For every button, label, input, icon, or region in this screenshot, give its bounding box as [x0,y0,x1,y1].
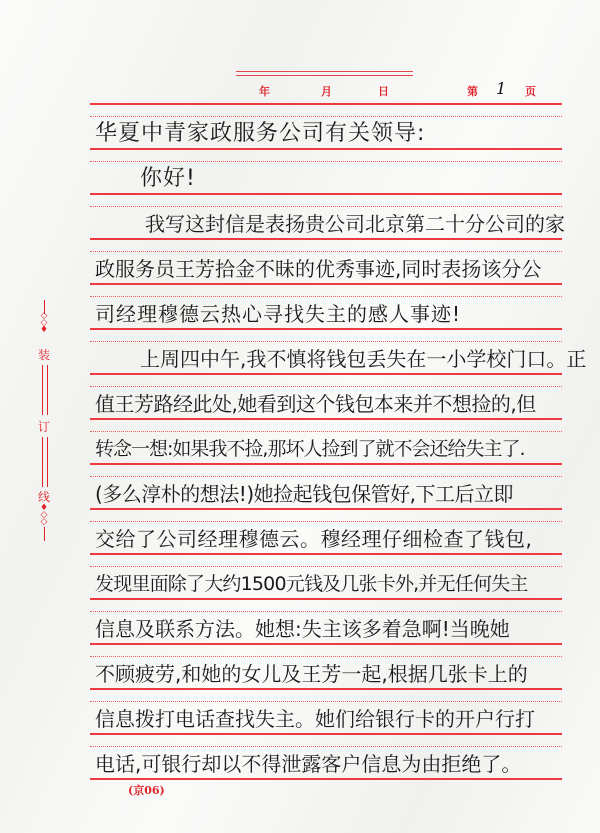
page-prefix-label: 第 [467,83,478,99]
letter-line: 司经理穆德云热心寻找失主的感人事迹! [95,298,565,334]
letter-paper: 年 月 日 第 1 页 华夏中青家政服务公司有关领导: 你好! 我写这封信是表扬… [0,0,600,833]
letter-greeting: 你好! [140,163,600,199]
dotted-rule [90,746,562,747]
dotted-rule [90,521,562,522]
dotted-rule [90,566,562,567]
ornamental-knot-icon: ♦◇◇ [38,505,50,526]
header-double-rule-bottom [236,75,413,76]
letter-line: 政服务员王芳拾金不昧的优秀事迹,同时表扬该分公 [95,253,565,289]
letter-line: 值王芳路经此处,她看到这个钱包本来并不想捡的,但 [95,388,565,424]
page-number: 1 [496,79,506,98]
binding-label-zhuang: 装 [36,346,52,363]
letter-line: 发现里面除了大约1500元钱及几张卡外,并无任何失主 [95,568,565,604]
letter-line: 信息及联系方法。她想:失主该多着急啊!当晚她 [95,613,565,649]
dotted-rule [90,611,562,612]
letter-line: 我写这封信是表扬贵公司北京第二十分公司的家 [145,208,600,244]
form-code: (京06) [128,782,165,798]
dotted-rule [90,161,562,162]
letter-line: 电话,可银行却以不得泄露客户信息为由拒绝了。 [95,748,565,784]
dotted-rule [90,341,562,342]
dotted-rule [90,386,562,387]
letter-line: 交给了公司经理穆德云。穆经理仔细检查了钱包, [95,523,565,559]
binding-double-line [42,365,48,415]
dotted-rule [90,701,562,702]
dotted-rule [90,296,562,297]
day-label: 日 [378,83,389,99]
year-label: 年 [259,83,270,99]
dotted-rule [90,206,562,207]
letter-line: 信息拨打电话查找失主。她们给银行卡的开户行打 [95,703,565,739]
dotted-rule [90,476,562,477]
dotted-rule [90,656,562,657]
letter-line: 不顾疲劳,和她的女儿及王芳一起,根据几张卡上的 [95,658,565,694]
dotted-rule [90,431,562,432]
dotted-rule [90,251,562,252]
header-rule [90,103,562,105]
ornamental-knot-icon: ◇◇♦ [38,313,50,334]
binding-line-bottom [44,527,45,541]
letter-line: 转念一想:如果我不捡,那坏人捡到了就不会还给失主了. [95,433,565,469]
month-label: 月 [321,83,332,99]
letter-salutation: 华夏中青家政服务公司有关领导: [95,118,565,154]
letter-line: 上周四中午,我不慎将钱包丢失在一小学校门口。正 [140,343,600,379]
letter-line: (多么淳朴的想法!)她捡起钱包保管好,下工后立即 [95,478,565,514]
binding-label-ding: 订 [36,418,52,435]
page-suffix-label: 页 [525,83,536,99]
dotted-rule [90,116,562,117]
header-double-rule-top [236,71,413,72]
binding-double-line [42,437,48,487]
